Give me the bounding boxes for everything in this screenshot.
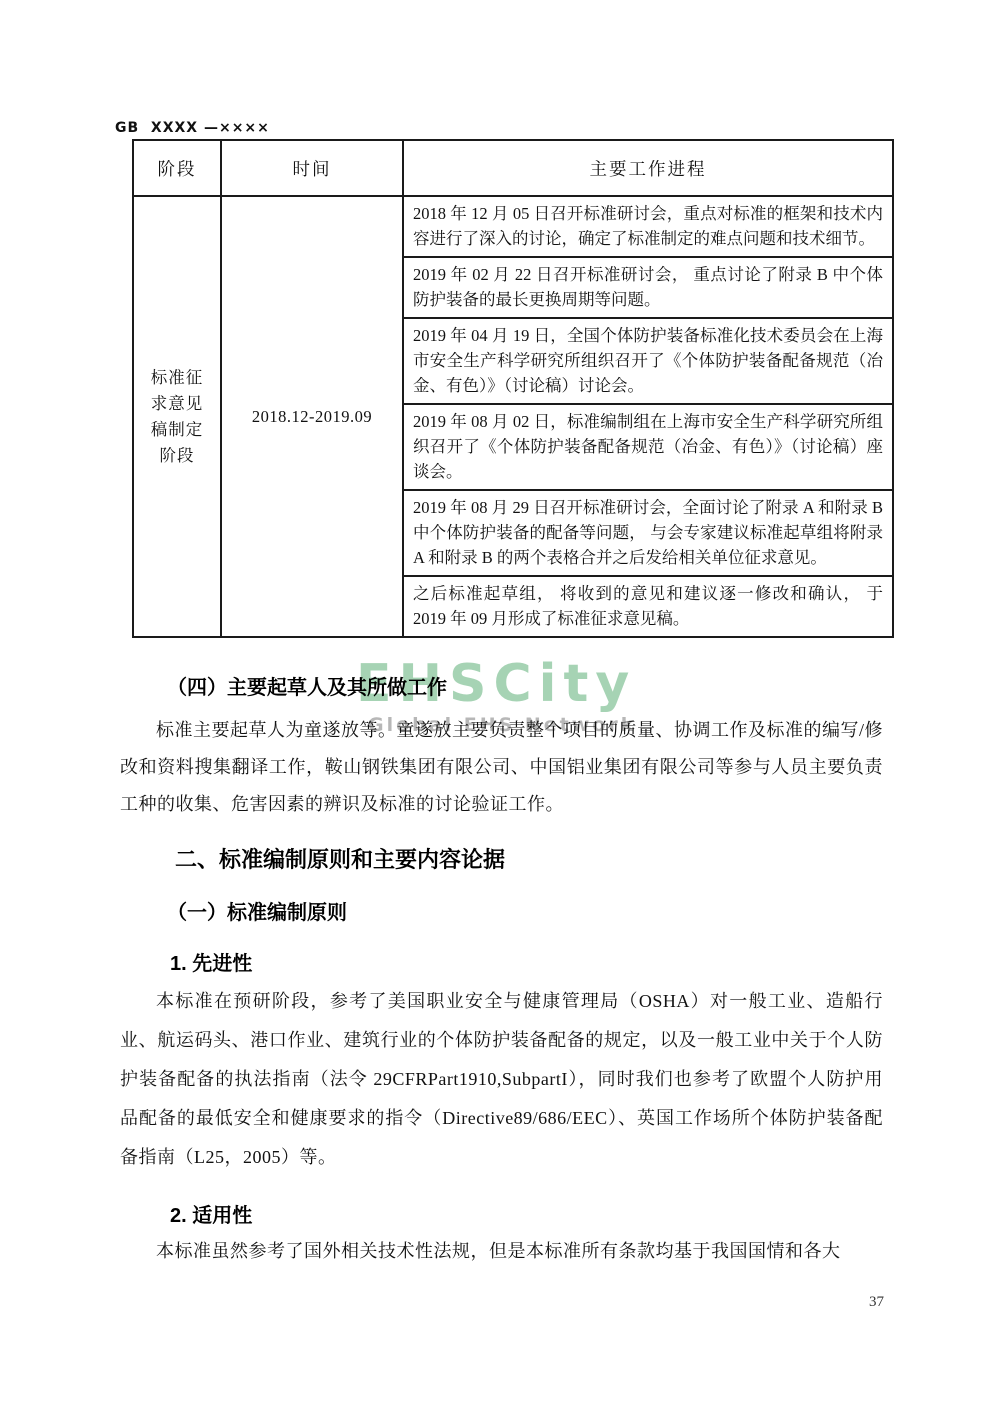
section-4-paragraph: 标准主要起草人为童遂放等。童遂放主要负责整个项目的质量、协调工作及标准的编写/修… xyxy=(120,712,883,823)
section-2-1-heading: （一）标准编制原则 xyxy=(167,896,930,925)
section-4-heading: （四）主要起草人及其所做工作 xyxy=(167,671,930,700)
table-header-row: 阶段 时间 主要工作进程 xyxy=(133,140,893,196)
document-page: GB XXXX —×××× EHSCity Global EHS Network… xyxy=(0,0,1000,1414)
applicability-heading: 2. 适用性 xyxy=(170,1199,933,1228)
progress-cell-1: 2018 年 12 月 05 日召开标准研讨会，重点对标准的框架和技术内容进行了… xyxy=(403,196,893,257)
page-number: 37 xyxy=(869,1294,884,1311)
progress-cell-5: 2019 年 08 月 29 日召开标准研讨会，全面讨论了附录 A 和附录 B … xyxy=(403,490,893,576)
document-header-code: GB XXXX —×××× xyxy=(115,120,270,136)
table-header-progress: 主要工作进程 xyxy=(403,140,893,196)
applicability-paragraph: 本标准虽然参考了国外相关技术性法规，但是本标准所有条款均基于我国国情和各大 xyxy=(120,1233,883,1270)
progress-cell-3: 2019 年 04 月 19 日，全国个体防护装备标准化技术委员会在上海市安全生… xyxy=(403,318,893,404)
time-period-cell: 2018.12-2019.09 xyxy=(221,196,403,637)
table-header-time: 时间 xyxy=(221,140,403,196)
table-row: 标准征求意见稿制定阶段 2018.12-2019.09 2018 年 12 月 … xyxy=(133,196,893,257)
advancement-heading: 1. 先进性 xyxy=(170,947,933,976)
progress-cell-2: 2019 年 02 月 22 日召开标准研讨会， 重点讨论了附录 B 中个体防护… xyxy=(403,257,893,318)
table-header-stage: 阶段 xyxy=(133,140,221,196)
advancement-paragraph: 本标准在预研阶段，参考了美国职业安全与健康管理局（OSHA）对一般工业、造船行业… xyxy=(120,982,883,1177)
progress-cell-6: 之后标准起草组， 将收到的意见和建议逐一修改和确认， 于 2019 年 09 月… xyxy=(403,576,893,637)
stage-cell: 标准征求意见稿制定阶段 xyxy=(133,196,221,637)
chapter-2-heading: 二、标准编制原则和主要内容论据 xyxy=(175,843,938,874)
work-progress-table: 阶段 时间 主要工作进程 标准征求意见稿制定阶段 2018.12-2019.09… xyxy=(132,139,894,638)
progress-cell-4: 2019 年 08 月 02 日，标准编制组在上海市安全生产科学研究所组织召开了… xyxy=(403,404,893,490)
